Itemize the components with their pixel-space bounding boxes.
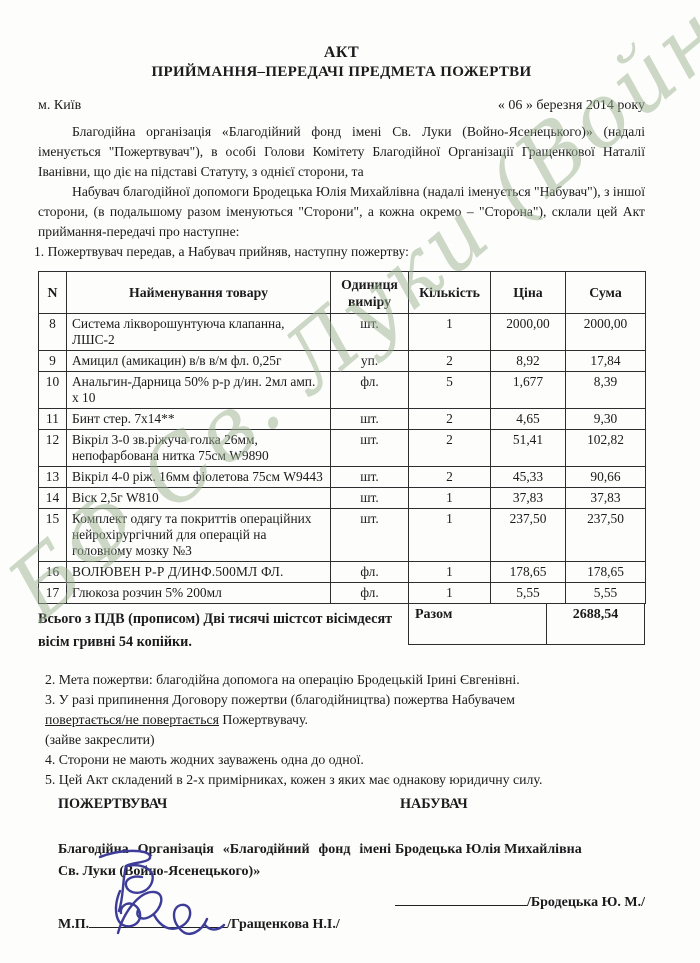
recipient-signature-line xyxy=(395,893,527,906)
col-header-sum: Сума xyxy=(566,272,646,314)
table-header-row: N Найменування товару Одиниця виміру Кіл… xyxy=(39,272,646,314)
cell-number: 15 xyxy=(39,509,67,562)
cell-price: 237,50 xyxy=(491,509,566,562)
cell-number: 16 xyxy=(39,562,67,583)
clause-3-end: Пожертвувачу. xyxy=(219,712,308,727)
cell-unit: шт. xyxy=(331,467,409,488)
col-header-qty: Кількість xyxy=(409,272,491,314)
clause-3-note: (зайве закреслити) xyxy=(45,730,645,750)
clause-3-line2: повертається/не повертається Пожертвувач… xyxy=(45,710,645,730)
cell-quantity: 1 xyxy=(409,488,491,509)
donor-column: Благодійна Організація «Благодійний фонд… xyxy=(58,839,391,933)
cell-quantity: 1 xyxy=(409,583,491,604)
cell-quantity: 2 xyxy=(409,409,491,430)
table-row: 17 Глюкоза розчин 5% 200мл фл. 1 5,55 5,… xyxy=(39,583,646,604)
cell-quantity: 2 xyxy=(409,430,491,467)
clause-2: 2. Мета пожертви: благодійна допомога на… xyxy=(45,670,645,690)
table-row: 9 Амицил (амикацин) в/в в/м фл. 0,25г уп… xyxy=(39,351,646,372)
cell-price: 2000,00 xyxy=(491,314,566,351)
cell-unit: уп. xyxy=(331,351,409,372)
total-value: 2688,54 xyxy=(547,604,645,645)
donor-signatory-name: /Гращенкова Н.І./ xyxy=(227,917,340,932)
cell-price: 5,55 xyxy=(491,583,566,604)
intro-paragraph-2: Набувач благодійної допомоги Бродецька Ю… xyxy=(38,182,645,242)
cell-number: 14 xyxy=(39,488,67,509)
cell-item-name: Анальгин-Дарница 50% р-р д/ин. 2мл амп. … xyxy=(67,372,331,409)
total-label: Разом xyxy=(408,604,547,645)
donor-handwritten-signature xyxy=(110,881,240,943)
cell-item-name: Комплект одягу та покриттів операційних … xyxy=(67,509,331,562)
intro-paragraph-1: Благодійна організація «Благодійний фонд… xyxy=(38,122,645,182)
cell-quantity: 1 xyxy=(409,509,491,562)
roles-row: ПОЖЕРТВУВАЧ НАБУВАЧ xyxy=(38,796,645,813)
table-row: 8 Система лікворошунтуюча клапанна, ЛШС-… xyxy=(39,314,646,351)
cell-sum: 17,84 xyxy=(566,351,646,372)
table-row: 16 ВОЛЮВЕН Р-Р Д/ИНФ.500МЛ ФЛ. фл. 1 178… xyxy=(39,562,646,583)
cell-sum: 178,65 xyxy=(566,562,646,583)
table-body: 8 Система лікворошунтуюча клапанна, ЛШС-… xyxy=(39,314,646,604)
cell-number: 11 xyxy=(39,409,67,430)
donor-signature-row: М.П./Гращенкова Н.І./ xyxy=(58,915,391,933)
cell-item-name: ВОЛЮВЕН Р-Р Д/ИНФ.500МЛ ФЛ. xyxy=(67,562,331,583)
cell-price: 4,65 xyxy=(491,409,566,430)
intro-paragraphs: Благодійна організація «Благодійний фонд… xyxy=(38,122,645,242)
cell-unit: шт. xyxy=(331,430,409,467)
seal-label: М.П. xyxy=(58,917,89,932)
cell-quantity: 2 xyxy=(409,467,491,488)
recipient-signature-row: /Бродецька Ю. М./ xyxy=(395,893,645,911)
cell-sum: 9,30 xyxy=(566,409,646,430)
cell-unit: фл. xyxy=(331,583,409,604)
donation-items-table: N Найменування товару Одиниця виміру Кіл… xyxy=(38,271,646,604)
table-row: 14 Віск 2,5г W810 шт. 1 37,83 37,83 xyxy=(39,488,646,509)
document-content: АКТ ПРИЙМАННЯ–ПЕРЕДАЧІ ПРЕДМЕТА ПОЖЕРТВИ… xyxy=(0,0,700,933)
recipient-person-name: Бродецька Юлія Михайлівна xyxy=(395,839,645,861)
recipient-column: Бродецька Юлія Михайлівна /Бродецька Ю. … xyxy=(395,839,645,933)
clause-4: 4. Сторони не мають жодних зауважень одн… xyxy=(45,750,645,770)
cell-number: 12 xyxy=(39,430,67,467)
donor-signature-line xyxy=(89,915,227,928)
date-label: « 06 » березня 2014 року xyxy=(498,98,645,114)
document-subtitle: ПРИЙМАННЯ–ПЕРЕДАЧІ ПРЕДМЕТА ПОЖЕРТВИ xyxy=(38,64,645,81)
table-row: 13 Вікріл 4-0 ріж. 16мм фіолетова 75см W… xyxy=(39,467,646,488)
cell-quantity: 1 xyxy=(409,314,491,351)
cell-price: 45,33 xyxy=(491,467,566,488)
cell-sum: 102,82 xyxy=(566,430,646,467)
cell-unit: шт. xyxy=(331,488,409,509)
cell-number: 17 xyxy=(39,583,67,604)
cell-price: 1,677 xyxy=(491,372,566,409)
cell-quantity: 5 xyxy=(409,372,491,409)
cell-sum: 237,50 xyxy=(566,509,646,562)
cell-item-name: Вікріл 4-0 ріж. 16мм фіолетова 75см W944… xyxy=(67,467,331,488)
clause-1: 1. Пожертвувач передав, а Набувач прийня… xyxy=(34,242,645,262)
cell-sum: 8,39 xyxy=(566,372,646,409)
table-row: 11 Бинт стер. 7х14** шт. 2 4,65 9,30 xyxy=(39,409,646,430)
cell-item-name: Бинт стер. 7х14** xyxy=(67,409,331,430)
cell-unit: шт. xyxy=(331,509,409,562)
dateline: м. Київ « 06 » березня 2014 року xyxy=(38,98,645,114)
col-header-price: Ціна xyxy=(491,272,566,314)
cell-price: 178,65 xyxy=(491,562,566,583)
cell-item-name: Вікріл 3-0 зв.ріжуча голка 26мм, непофар… xyxy=(67,430,331,467)
donor-organization-name: Благодійна Організація «Благодійний фонд… xyxy=(58,839,391,883)
document-title: АКТ xyxy=(38,44,645,62)
col-header-name: Найменування товару xyxy=(67,272,331,314)
col-header-number: N xyxy=(39,272,67,314)
cell-quantity: 2 xyxy=(409,351,491,372)
table-row: 10 Анальгин-Дарница 50% р-р д/ин. 2мл ам… xyxy=(39,372,646,409)
cell-item-name: Амицил (амикацин) в/в в/м фл. 0,25г xyxy=(67,351,331,372)
table-row: 15 Комплект одягу та покриттів операційн… xyxy=(39,509,646,562)
clause-5: 5. Цей Акт складений в 2-х примірниках, … xyxy=(45,770,645,790)
cell-price: 37,83 xyxy=(491,488,566,509)
cell-sum: 2000,00 xyxy=(566,314,646,351)
cell-unit: шт. xyxy=(331,314,409,351)
col-header-unit: Одиниця виміру xyxy=(331,272,409,314)
cell-price: 51,41 xyxy=(491,430,566,467)
cell-item-name: Глюкоза розчин 5% 200мл xyxy=(67,583,331,604)
table-row: 12 Вікріл 3-0 зв.ріжуча голка 26мм, непо… xyxy=(39,430,646,467)
recipient-signatory-name: /Бродецька Ю. М./ xyxy=(527,895,645,910)
cell-item-name: Система лікворошунтуюча клапанна, ЛШС-2 xyxy=(67,314,331,351)
clause-3-line1: 3. У разі припинення Договору пожертви (… xyxy=(45,690,645,710)
scanned-document-page: АКТ ПРИЙМАННЯ–ПЕРЕДАЧІ ПРЕДМЕТА ПОЖЕРТВИ… xyxy=(0,0,700,963)
city-label: м. Київ xyxy=(38,98,81,114)
cell-unit: фл. xyxy=(331,372,409,409)
clauses-list: 2. Мета пожертви: благодійна допомога на… xyxy=(45,670,645,790)
cell-unit: фл. xyxy=(331,562,409,583)
cell-number: 10 xyxy=(39,372,67,409)
cell-sum: 90,66 xyxy=(566,467,646,488)
cell-number: 9 xyxy=(39,351,67,372)
cell-sum: 5,55 xyxy=(566,583,646,604)
cell-price: 8,92 xyxy=(491,351,566,372)
cell-number: 13 xyxy=(39,467,67,488)
cell-number: 8 xyxy=(39,314,67,351)
table-total-row: Всього з ПДВ (прописом) Дві тисячі шістс… xyxy=(38,604,645,654)
signing-section: Благодійна Організація «Благодійний фонд… xyxy=(38,839,645,933)
cell-item-name: Віск 2,5г W810 xyxy=(67,488,331,509)
cell-sum: 37,83 xyxy=(566,488,646,509)
clause-3-underlined: повертається/не повертається xyxy=(45,712,219,727)
cell-quantity: 1 xyxy=(409,562,491,583)
recipient-role-heading: НАБУВАЧ xyxy=(400,796,468,813)
total-in-words: Всього з ПДВ (прописом) Дві тисячі шістс… xyxy=(38,604,408,654)
donor-role-heading: ПОЖЕРТВУВАЧ xyxy=(58,796,388,813)
cell-unit: шт. xyxy=(331,409,409,430)
